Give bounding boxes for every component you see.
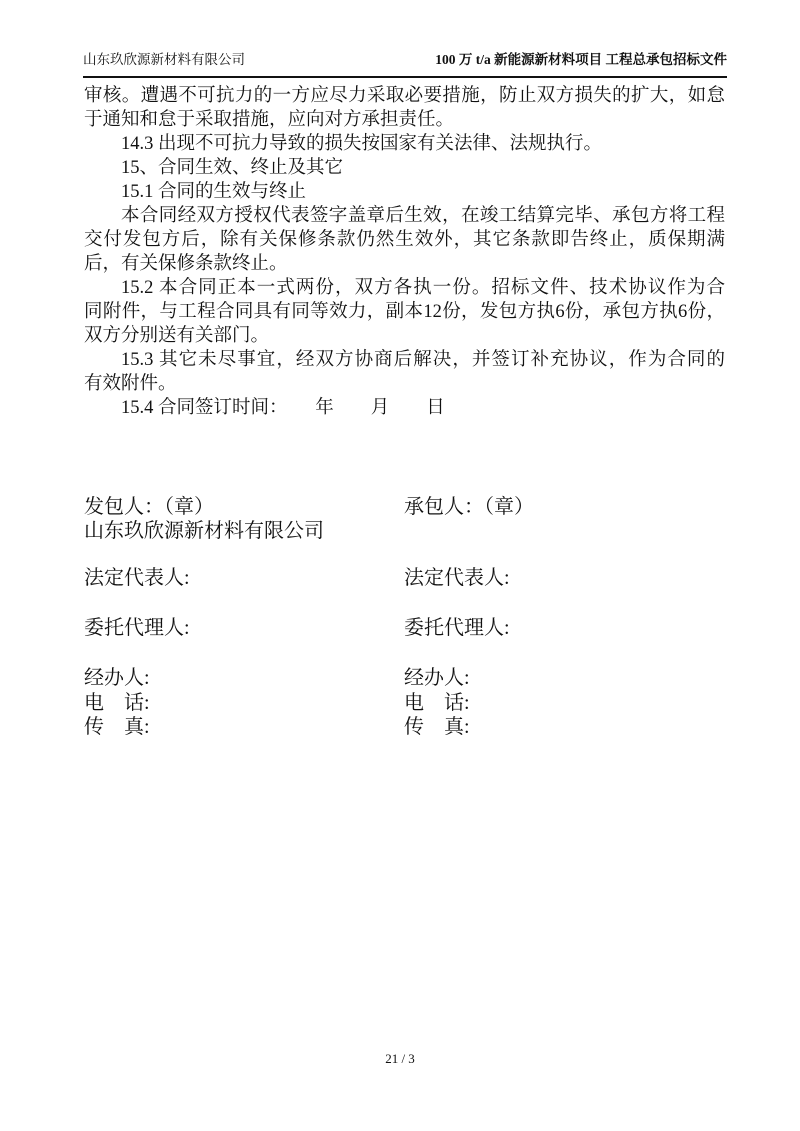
signature-left-cell: 传 真: xyxy=(84,715,404,739)
signature-row: 发包人：（章）承包人：（章） xyxy=(84,495,764,519)
body-line: 交付发包方后，除有关保修条款仍然生效外，其它条款即告终止，质保期满 xyxy=(84,228,725,252)
body-line: 15.4 合同签订时间： 年 月 日 xyxy=(84,396,725,420)
body-line: 15.2 本合同正本一式两份，双方各执一份。招标文件、技术协议作为合 xyxy=(84,276,725,300)
body-line: 审核。遭遇不可抗力的一方应尽力采取必要措施，防止双方损失的扩大，如怠 xyxy=(84,84,725,108)
signature-left-cell: 发包人：（章） xyxy=(84,495,404,519)
header-company-name: 山东玖欣源新材料有限公司 xyxy=(83,50,245,70)
signature-row: 山东玖欣源新材料有限公司 xyxy=(84,519,764,543)
signature-right-cell: 法定代表人: xyxy=(404,566,764,590)
body-line: 14.3 出现不可抗力导致的损失按国家有关法律、法规执行。 xyxy=(84,132,725,156)
signature-left-cell: 经办人: xyxy=(84,666,404,690)
page-number: 21 / 3 xyxy=(385,1051,415,1066)
signature-left-cell: 法定代表人: xyxy=(84,566,404,590)
body-line: 有效附件。 xyxy=(84,372,725,396)
body-line: 15.1 合同的生效与终止 xyxy=(84,180,725,204)
signature-right-cell: 传 真: xyxy=(404,715,764,739)
signature-left-cell: 山东玖欣源新材料有限公司 xyxy=(84,519,404,543)
document-page: 山东玖欣源新材料有限公司 100 万 t/a 新能源新材料项目 工程总承包招标文… xyxy=(0,0,800,1131)
contract-body: 审核。遭遇不可抗力的一方应尽力采取必要措施，防止双方损失的扩大，如怠于通知和怠于… xyxy=(84,84,725,420)
body-line: 本合同经双方授权代表签字盖章后生效，在竣工结算完毕、承包方将工程 xyxy=(84,204,725,228)
body-line: 15、合同生效、终止及其它 xyxy=(84,156,725,180)
signature-row: 法定代表人:法定代表人: xyxy=(84,566,764,590)
page-footer: 21 / 3 xyxy=(0,1050,800,1068)
header-project-title: 100 万 t/a 新能源新材料项目 工程总承包招标文件 xyxy=(435,50,727,70)
body-line: 于通知和怠于采取措施，应向对方承担责任。 xyxy=(84,108,725,132)
page-header: 山东玖欣源新材料有限公司 100 万 t/a 新能源新材料项目 工程总承包招标文… xyxy=(83,50,727,78)
signature-block: 发包人：（章）承包人：（章）山东玖欣源新材料有限公司法定代表人:法定代表人:委托… xyxy=(84,495,764,739)
signature-left-cell: 委托代理人: xyxy=(84,616,404,640)
body-line: 同附件，与工程合同具有同等效力，副本12份，发包方执6份，承包方执6份， xyxy=(84,300,725,324)
signature-right-cell: 经办人: xyxy=(404,666,764,690)
signature-row: 经办人:经办人: xyxy=(84,666,764,690)
body-line: 后，有关保修条款终止。 xyxy=(84,252,725,276)
signature-right-cell: 承包人：（章） xyxy=(404,495,764,519)
signature-row: 传 真:传 真: xyxy=(84,715,764,739)
signature-right-cell: 电 话: xyxy=(404,691,764,715)
signature-row: 委托代理人:委托代理人: xyxy=(84,616,764,640)
body-line: 双方分别送有关部门。 xyxy=(84,324,725,348)
signature-right-cell xyxy=(404,519,764,543)
signature-row: 电 话:电 话: xyxy=(84,691,764,715)
signature-left-cell: 电 话: xyxy=(84,691,404,715)
signature-right-cell: 委托代理人: xyxy=(404,616,764,640)
body-line: 15.3 其它未尽事宜，经双方协商后解决，并签订补充协议，作为合同的 xyxy=(84,348,725,372)
